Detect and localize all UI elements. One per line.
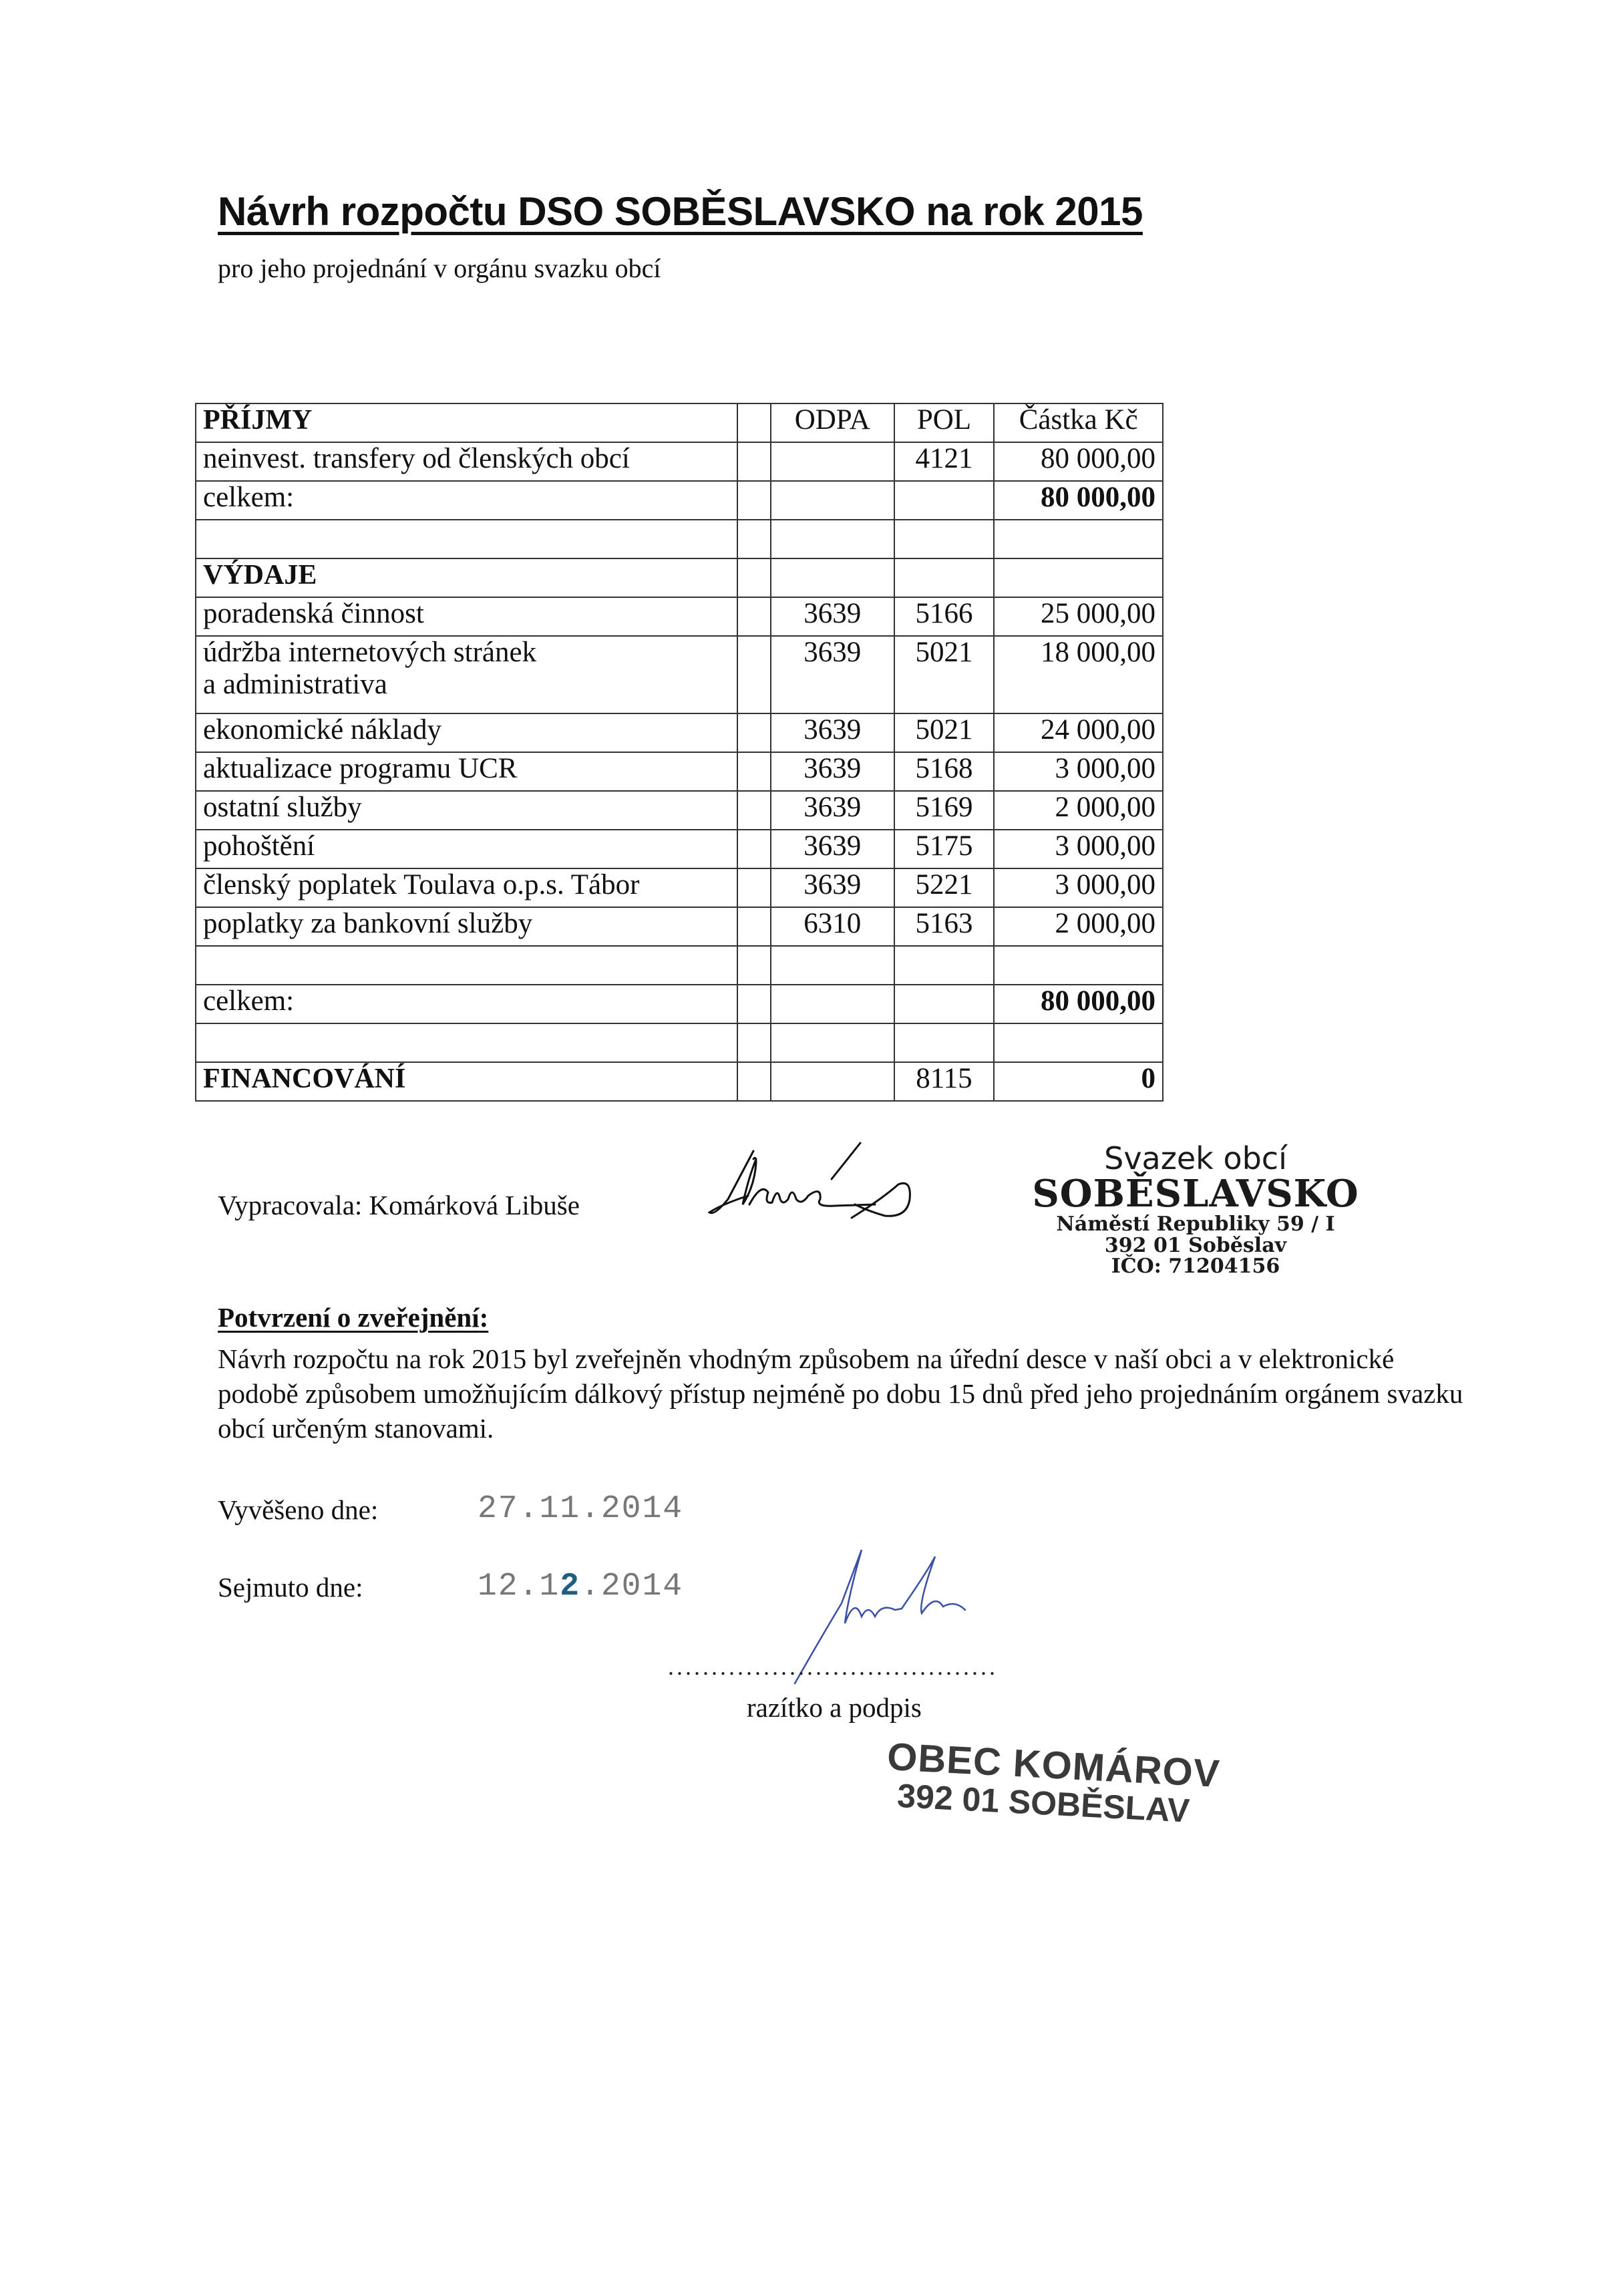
removed-date: 12.12.2014 bbox=[478, 1569, 683, 1605]
handwritten-correction: 2 bbox=[560, 1569, 580, 1605]
row-amount: 24 000,00 bbox=[994, 713, 1163, 752]
stamp-line: Svazek obcí bbox=[995, 1142, 1396, 1174]
financing-pol: 8115 bbox=[894, 1062, 995, 1101]
col-header-pol: POL bbox=[894, 403, 995, 442]
row-amount: 3 000,00 bbox=[994, 752, 1163, 791]
expense-rows: poradenská činnost3639516625 000,00údržb… bbox=[196, 597, 1163, 946]
row-odpa: 3639 bbox=[771, 752, 894, 791]
gap-cell bbox=[737, 791, 771, 830]
row-pol: 5021 bbox=[894, 713, 995, 752]
row-amount: 2 000,00 bbox=[994, 791, 1163, 830]
expenses-total-amount: 80 000,00 bbox=[994, 985, 1163, 1023]
removed-label: Sejmuto dne: bbox=[218, 1571, 363, 1603]
signature-label: razítko a podpis bbox=[747, 1691, 922, 1724]
table-row: ostatní služby363951692 000,00 bbox=[196, 791, 1163, 830]
gap-cell bbox=[737, 713, 771, 752]
row-label: ostatní služby bbox=[196, 791, 737, 830]
row-pol: 5221 bbox=[894, 868, 995, 907]
budget-table: PŘÍJMY ODPA POL Částka Kč neinvest. tran… bbox=[195, 403, 1164, 1102]
table-row: pohoštění363951753 000,00 bbox=[196, 830, 1163, 868]
expenses-total-row: celkem: 80 000,00 bbox=[196, 985, 1163, 1023]
prepared-by: Vypracovala: Komárková Libuše bbox=[218, 1189, 580, 1221]
gap-cell bbox=[737, 830, 771, 868]
financing-label: FINANCOVÁNÍ bbox=[196, 1062, 737, 1101]
total-label: celkem: bbox=[196, 481, 737, 520]
table-header-row: PŘÍJMY ODPA POL Částka Kč bbox=[196, 403, 1163, 442]
row-pol: 5175 bbox=[894, 830, 995, 868]
stamp-line: IČO: 71204156 bbox=[995, 1256, 1396, 1277]
table-row: údržba internetových stráneka administra… bbox=[196, 636, 1163, 713]
row-amount: 18 000,00 bbox=[994, 636, 1163, 713]
stamp-line: Náměstí Republiky 59 / I bbox=[995, 1214, 1396, 1235]
row-label: ekonomické náklady bbox=[196, 713, 737, 752]
confirmation-text: Návrh rozpočtu na rok 2015 byl zveřejněn… bbox=[218, 1341, 1473, 1446]
row-label: poradenská činnost bbox=[196, 597, 737, 636]
blank-row bbox=[196, 520, 1163, 558]
row-pol: 5021 bbox=[894, 636, 995, 713]
row-amount: 25 000,00 bbox=[994, 597, 1163, 636]
row-pol: 5168 bbox=[894, 752, 995, 791]
expenses-heading-row: VÝDAJE bbox=[196, 558, 1163, 597]
gap-cell bbox=[737, 868, 771, 907]
col-header-odpa: ODPA bbox=[771, 403, 894, 442]
gap-cell bbox=[737, 636, 771, 713]
gap-cell bbox=[737, 597, 771, 636]
dso-stamp: Svazek obcí SOBĚSLAVSKO Náměstí Republik… bbox=[995, 1142, 1396, 1277]
row-odpa: 3639 bbox=[771, 713, 894, 752]
financing-row: FINANCOVÁNÍ 8115 0 bbox=[196, 1062, 1163, 1101]
posted-date: 27.11.2014 bbox=[478, 1491, 683, 1527]
row-label: údržba internetových stráneka administra… bbox=[196, 636, 737, 713]
row-odpa: 6310 bbox=[771, 907, 894, 946]
row-odpa: 3639 bbox=[771, 636, 894, 713]
row-amount: 80 000,00 bbox=[994, 442, 1163, 481]
table-row: ekonomické náklady3639502124 000,00 bbox=[196, 713, 1163, 752]
row-label: aktualizace programu UCR bbox=[196, 752, 737, 791]
row-pol: 5163 bbox=[894, 907, 995, 946]
col-header-amount: Částka Kč bbox=[994, 403, 1163, 442]
signature-prepared bbox=[708, 1132, 989, 1259]
table-row: aktualizace programu UCR363951683 000,00 bbox=[196, 752, 1163, 791]
row-pol: 5169 bbox=[894, 791, 995, 830]
row-amount: 3 000,00 bbox=[994, 868, 1163, 907]
confirmation-heading: Potvrzení o zveřejnění: bbox=[218, 1301, 488, 1333]
row-amount: 3 000,00 bbox=[994, 830, 1163, 868]
income-heading: PŘÍJMY bbox=[196, 403, 737, 442]
expenses-heading: VÝDAJE bbox=[196, 558, 737, 597]
table-row: poplatky za bankovní služby631051632 000… bbox=[196, 907, 1163, 946]
gap-cell bbox=[737, 403, 771, 442]
row-label: neinvest. transfery od členských obcí bbox=[196, 442, 737, 481]
stamp-line: SOBĚSLAVSKO bbox=[995, 1174, 1396, 1214]
total-label: celkem: bbox=[196, 985, 737, 1023]
blank-row bbox=[196, 946, 1163, 985]
obec-stamp: OBEC KOMÁROV 392 01 SOBĚSLAV bbox=[884, 1737, 1221, 1830]
row-label: pohoštění bbox=[196, 830, 737, 868]
row-pol: 5166 bbox=[894, 597, 995, 636]
income-total-amount: 80 000,00 bbox=[994, 481, 1163, 520]
financing-amount: 0 bbox=[994, 1062, 1163, 1101]
income-total-row: celkem: 80 000,00 bbox=[196, 481, 1163, 520]
row-pol: 4121 bbox=[894, 442, 995, 481]
posted-label: Vyvěšeno dne: bbox=[218, 1494, 378, 1526]
table-row: členský poplatek Toulava o.p.s. Tábor363… bbox=[196, 868, 1163, 907]
row-odpa bbox=[771, 442, 894, 481]
row-odpa: 3639 bbox=[771, 868, 894, 907]
gap-cell bbox=[737, 752, 771, 791]
row-odpa: 3639 bbox=[771, 830, 894, 868]
row-amount: 2 000,00 bbox=[994, 907, 1163, 946]
row-odpa: 3639 bbox=[771, 791, 894, 830]
document-title: Návrh rozpočtu DSO SOBĚSLAVSKO na rok 20… bbox=[218, 188, 1143, 234]
row-label: poplatky za bankovní služby bbox=[196, 907, 737, 946]
table-row: neinvest. transfery od členských obcí 41… bbox=[196, 442, 1163, 481]
gap-cell bbox=[737, 907, 771, 946]
table-row: poradenská činnost3639516625 000,00 bbox=[196, 597, 1163, 636]
signature-line: ...................................... bbox=[668, 1653, 998, 1681]
row-odpa: 3639 bbox=[771, 597, 894, 636]
document-subtitle: pro jeho projednání v orgánu svazku obcí bbox=[218, 253, 661, 284]
stamp-line: 392 01 Soběslav bbox=[995, 1235, 1396, 1257]
blank-row bbox=[196, 1023, 1163, 1062]
row-label: členský poplatek Toulava o.p.s. Tábor bbox=[196, 868, 737, 907]
